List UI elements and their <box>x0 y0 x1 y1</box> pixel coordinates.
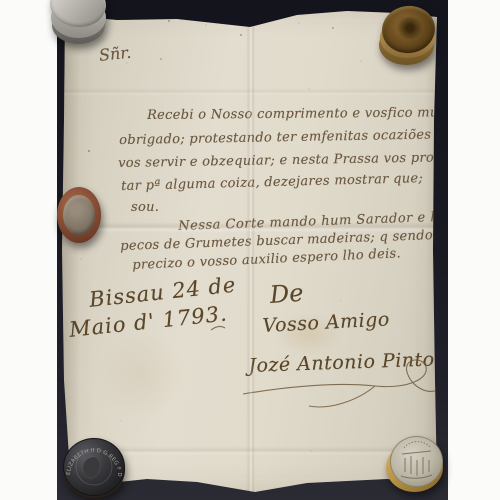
body-line: obrigado; protestando ter emfenitas ocaz… <box>119 127 448 148</box>
coin-bottom-right-gold-silver <box>388 436 445 493</box>
coin-patina <box>397 17 423 39</box>
coin-stack-top-right <box>379 9 437 67</box>
signature-line: Jozé Antonio Pinto <box>248 348 435 376</box>
coin-center <box>63 195 95 235</box>
paper-stain <box>97 330 187 420</box>
fold-crease-vertical <box>246 0 255 500</box>
coin-engraving: ELIZABETH II D G REG F D 2013 <box>63 438 125 496</box>
body-line: Recebi o Nosso comprimento e vosfico mui… <box>147 105 448 123</box>
body-line: vos servir e obzequiar; e nesta Prassa v… <box>118 150 439 171</box>
white-margin-left <box>0 0 57 500</box>
body-line: sou. <box>131 200 159 215</box>
body-line: tar pª alguma coiza, dezejares mostrar q… <box>121 171 423 194</box>
coin-stack-top-left <box>50 0 107 46</box>
fold-crease-horizontal-2 <box>57 88 448 96</box>
coin-bottom-left-elizabeth: ELIZABETH II D G REG F D 2013 <box>63 438 126 498</box>
coin-mid-left-copper <box>57 187 101 243</box>
white-margin-right <box>448 0 500 500</box>
letter-photograph: Sñr. Recebi o Nosso comprimento e vosfic… <box>57 0 448 500</box>
coin-engraving <box>390 436 443 487</box>
photo-frame: Sñr. Recebi o Nosso comprimento e vosfic… <box>0 0 500 500</box>
letter-paper: Sñr. Recebi o Nosso comprimento e vosfic… <box>57 0 448 500</box>
closing-line: Vosso Amigo <box>262 308 390 337</box>
closing-initial: De <box>269 279 304 309</box>
